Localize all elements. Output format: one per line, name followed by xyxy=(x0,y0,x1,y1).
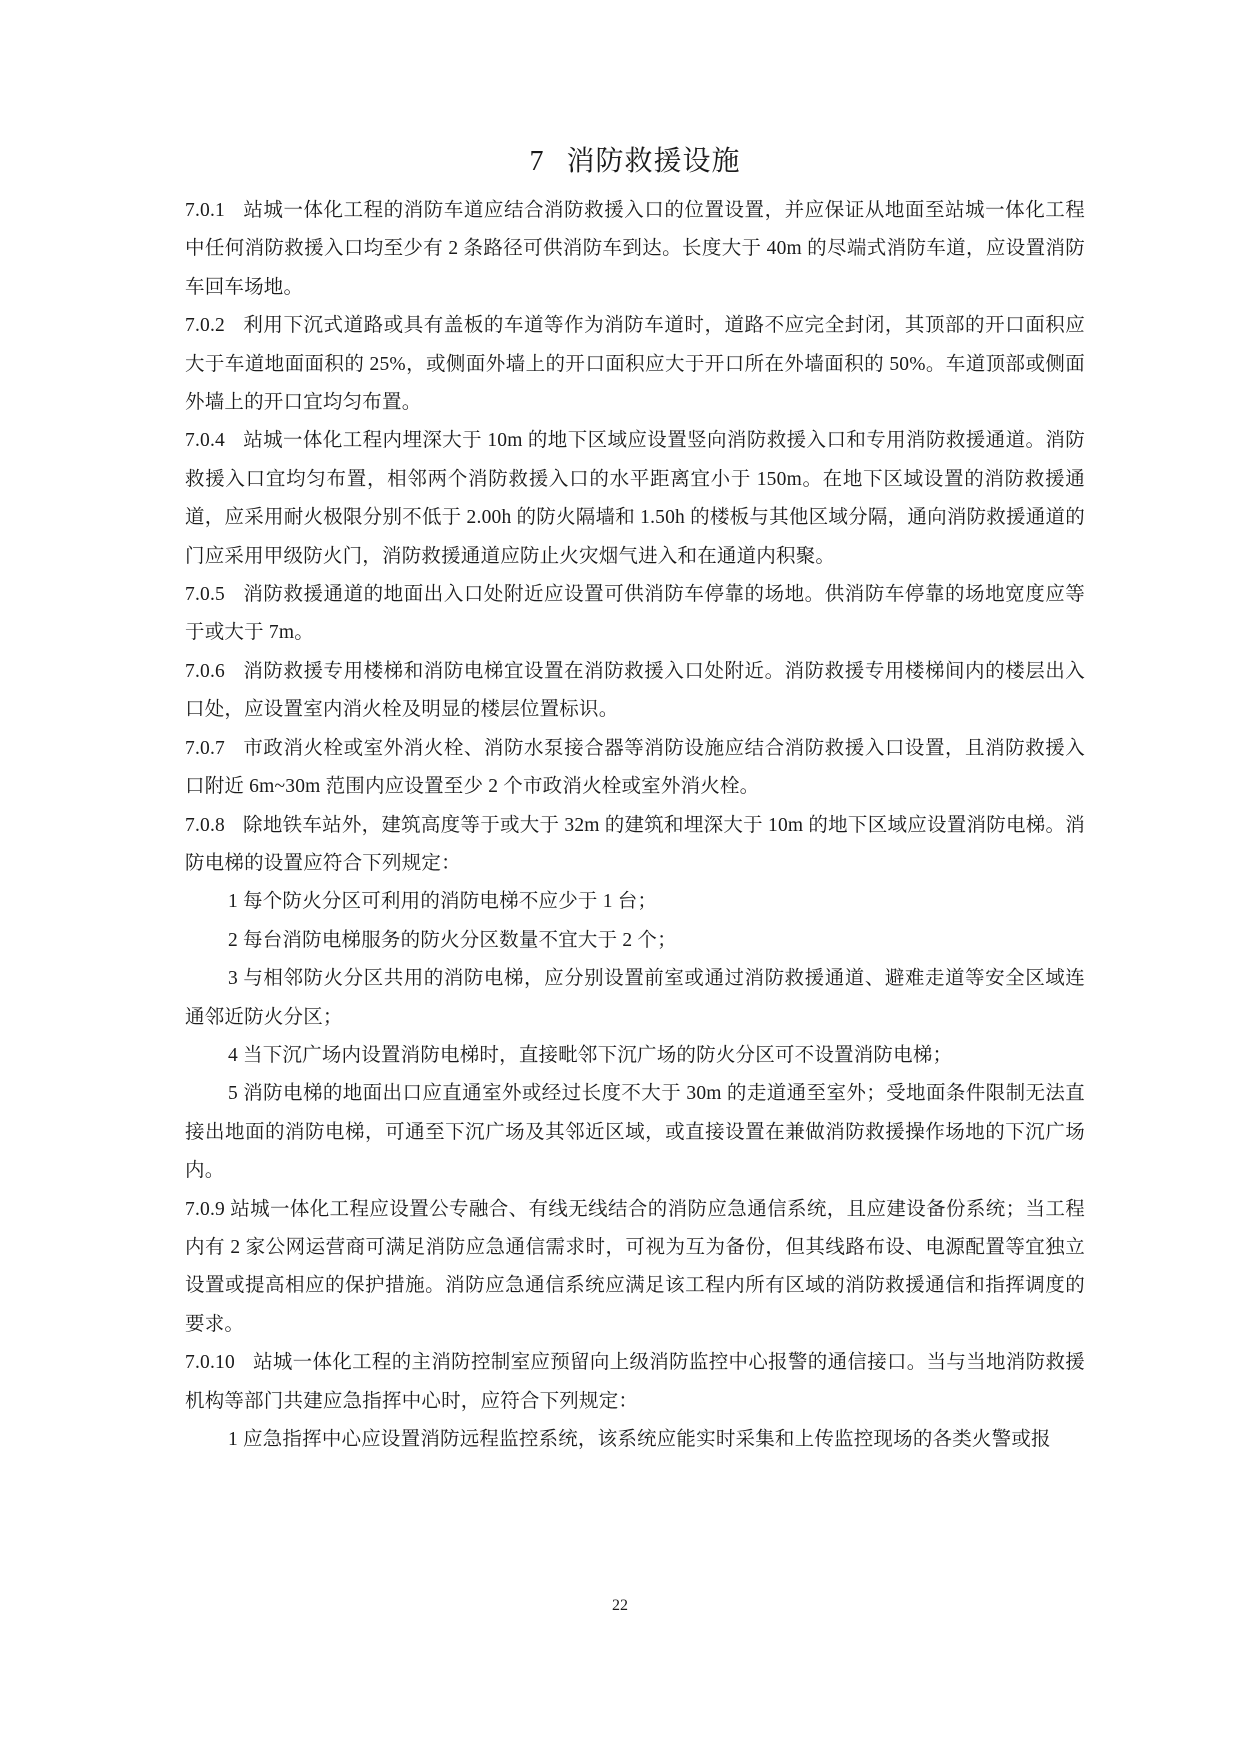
clause-text: 除地铁车站外，建筑高度等于或大于 32m 的建筑和埋深大于 10m 的地下区域应… xyxy=(185,815,1085,874)
clause-7-0-6: 7.0.6消防救援专用楼梯和消防电梯宜设置在消防救援入口处附近。消防救援专用楼梯… xyxy=(185,653,1085,730)
list-item-7-0-8-4: 4 当下沉广场内设置消防电梯时，直接毗邻下沉广场的防火分区可不设置消防电梯； xyxy=(185,1037,1085,1075)
clause-number: 7.0.6 xyxy=(185,661,225,682)
document-page: 7消防救援设施 7.0.1站城一体化工程的消防车道应结合消防救援入口的位置设置，… xyxy=(185,140,1085,1459)
chapter-title: 消防救援设施 xyxy=(566,146,740,177)
clause-text: 站城一体化工程应设置公专融合、有线无线结合的消防应急通信系统，且应建设备份系统；… xyxy=(185,1199,1085,1335)
clause-7-0-10: 7.0.10站城一体化工程的主消防控制室应预留向上级消防监控中心报警的通信接口。… xyxy=(185,1344,1085,1421)
list-item-7-0-8-1: 1 每个防火分区可利用的消防电梯不应少于 1 台； xyxy=(185,883,1085,921)
clause-7-0-8: 7.0.8除地铁车站外，建筑高度等于或大于 32m 的建筑和埋深大于 10m 的… xyxy=(185,807,1085,884)
clause-text: 站城一体化工程的消防车道应结合消防救援入口的位置设置，并应保证从地面至站城一体化… xyxy=(185,200,1085,298)
clause-7-0-2: 7.0.2利用下沉式道路或具有盖板的车道等作为消防车道时，道路不应完全封闭，其顶… xyxy=(185,307,1085,422)
clause-number: 7.0.4 xyxy=(185,430,225,451)
clause-number: 7.0.1 xyxy=(185,200,225,221)
clause-number: 7.0.5 xyxy=(185,584,225,605)
clause-text: 站城一体化工程内埋深大于 10m 的地下区域应设置竖向消防救援入口和专用消防救援… xyxy=(185,430,1085,566)
clause-text: 利用下沉式道路或具有盖板的车道等作为消防车道时，道路不应完全封闭，其顶部的开口面… xyxy=(185,315,1085,413)
clause-7-0-5: 7.0.5消防救援通道的地面出入口处附近应设置可供消防车停靠的场地。供消防车停靠… xyxy=(185,576,1085,653)
clause-text: 站城一体化工程的主消防控制室应预留向上级消防监控中心报警的通信接口。当与当地消防… xyxy=(185,1352,1085,1411)
clause-7-0-9: 7.0.9 站城一体化工程应设置公专融合、有线无线结合的消防应急通信系统，且应建… xyxy=(185,1191,1085,1345)
clause-number: 7.0.2 xyxy=(185,315,225,336)
clause-text: 消防救援通道的地面出入口处附近应设置可供消防车停靠的场地。供消防车停靠的场地宽度… xyxy=(185,584,1085,643)
list-item-7-0-10-1: 1 应急指挥中心应设置消防远程监控系统，该系统应能实时采集和上传监控现场的各类火… xyxy=(185,1421,1085,1459)
clause-number: 7.0.8 xyxy=(185,815,225,836)
clause-number: 7.0.9 xyxy=(185,1199,225,1220)
chapter-heading: 7消防救援设施 xyxy=(185,140,1085,184)
clause-number: 7.0.10 xyxy=(185,1352,235,1373)
chapter-number: 7 xyxy=(529,146,544,177)
list-item-7-0-8-3: 3 与相邻防火分区共用的消防电梯，应分别设置前室或通过消防救援通道、避难走道等安… xyxy=(185,960,1085,1037)
list-item-7-0-8-5: 5 消防电梯的地面出口应直通室外或经过长度不大于 30m 的走道通至室外；受地面… xyxy=(185,1075,1085,1190)
list-item-7-0-8-2: 2 每台消防电梯服务的防火分区数量不宜大于 2 个； xyxy=(185,922,1085,960)
clause-7-0-4: 7.0.4站城一体化工程内埋深大于 10m 的地下区域应设置竖向消防救援入口和专… xyxy=(185,422,1085,576)
clause-text: 消防救援专用楼梯和消防电梯宜设置在消防救援入口处附近。消防救援专用楼梯间内的楼层… xyxy=(185,661,1085,720)
clause-number: 7.0.7 xyxy=(185,738,225,759)
page-number: 22 xyxy=(0,1596,1240,1616)
clause-7-0-1: 7.0.1站城一体化工程的消防车道应结合消防救援入口的位置设置，并应保证从地面至… xyxy=(185,192,1085,307)
clause-text: 市政消火栓或室外消火栓、消防水泵接合器等消防设施应结合消防救援入口设置，且消防救… xyxy=(185,738,1085,797)
clause-7-0-7: 7.0.7市政消火栓或室外消火栓、消防水泵接合器等消防设施应结合消防救援入口设置… xyxy=(185,730,1085,807)
